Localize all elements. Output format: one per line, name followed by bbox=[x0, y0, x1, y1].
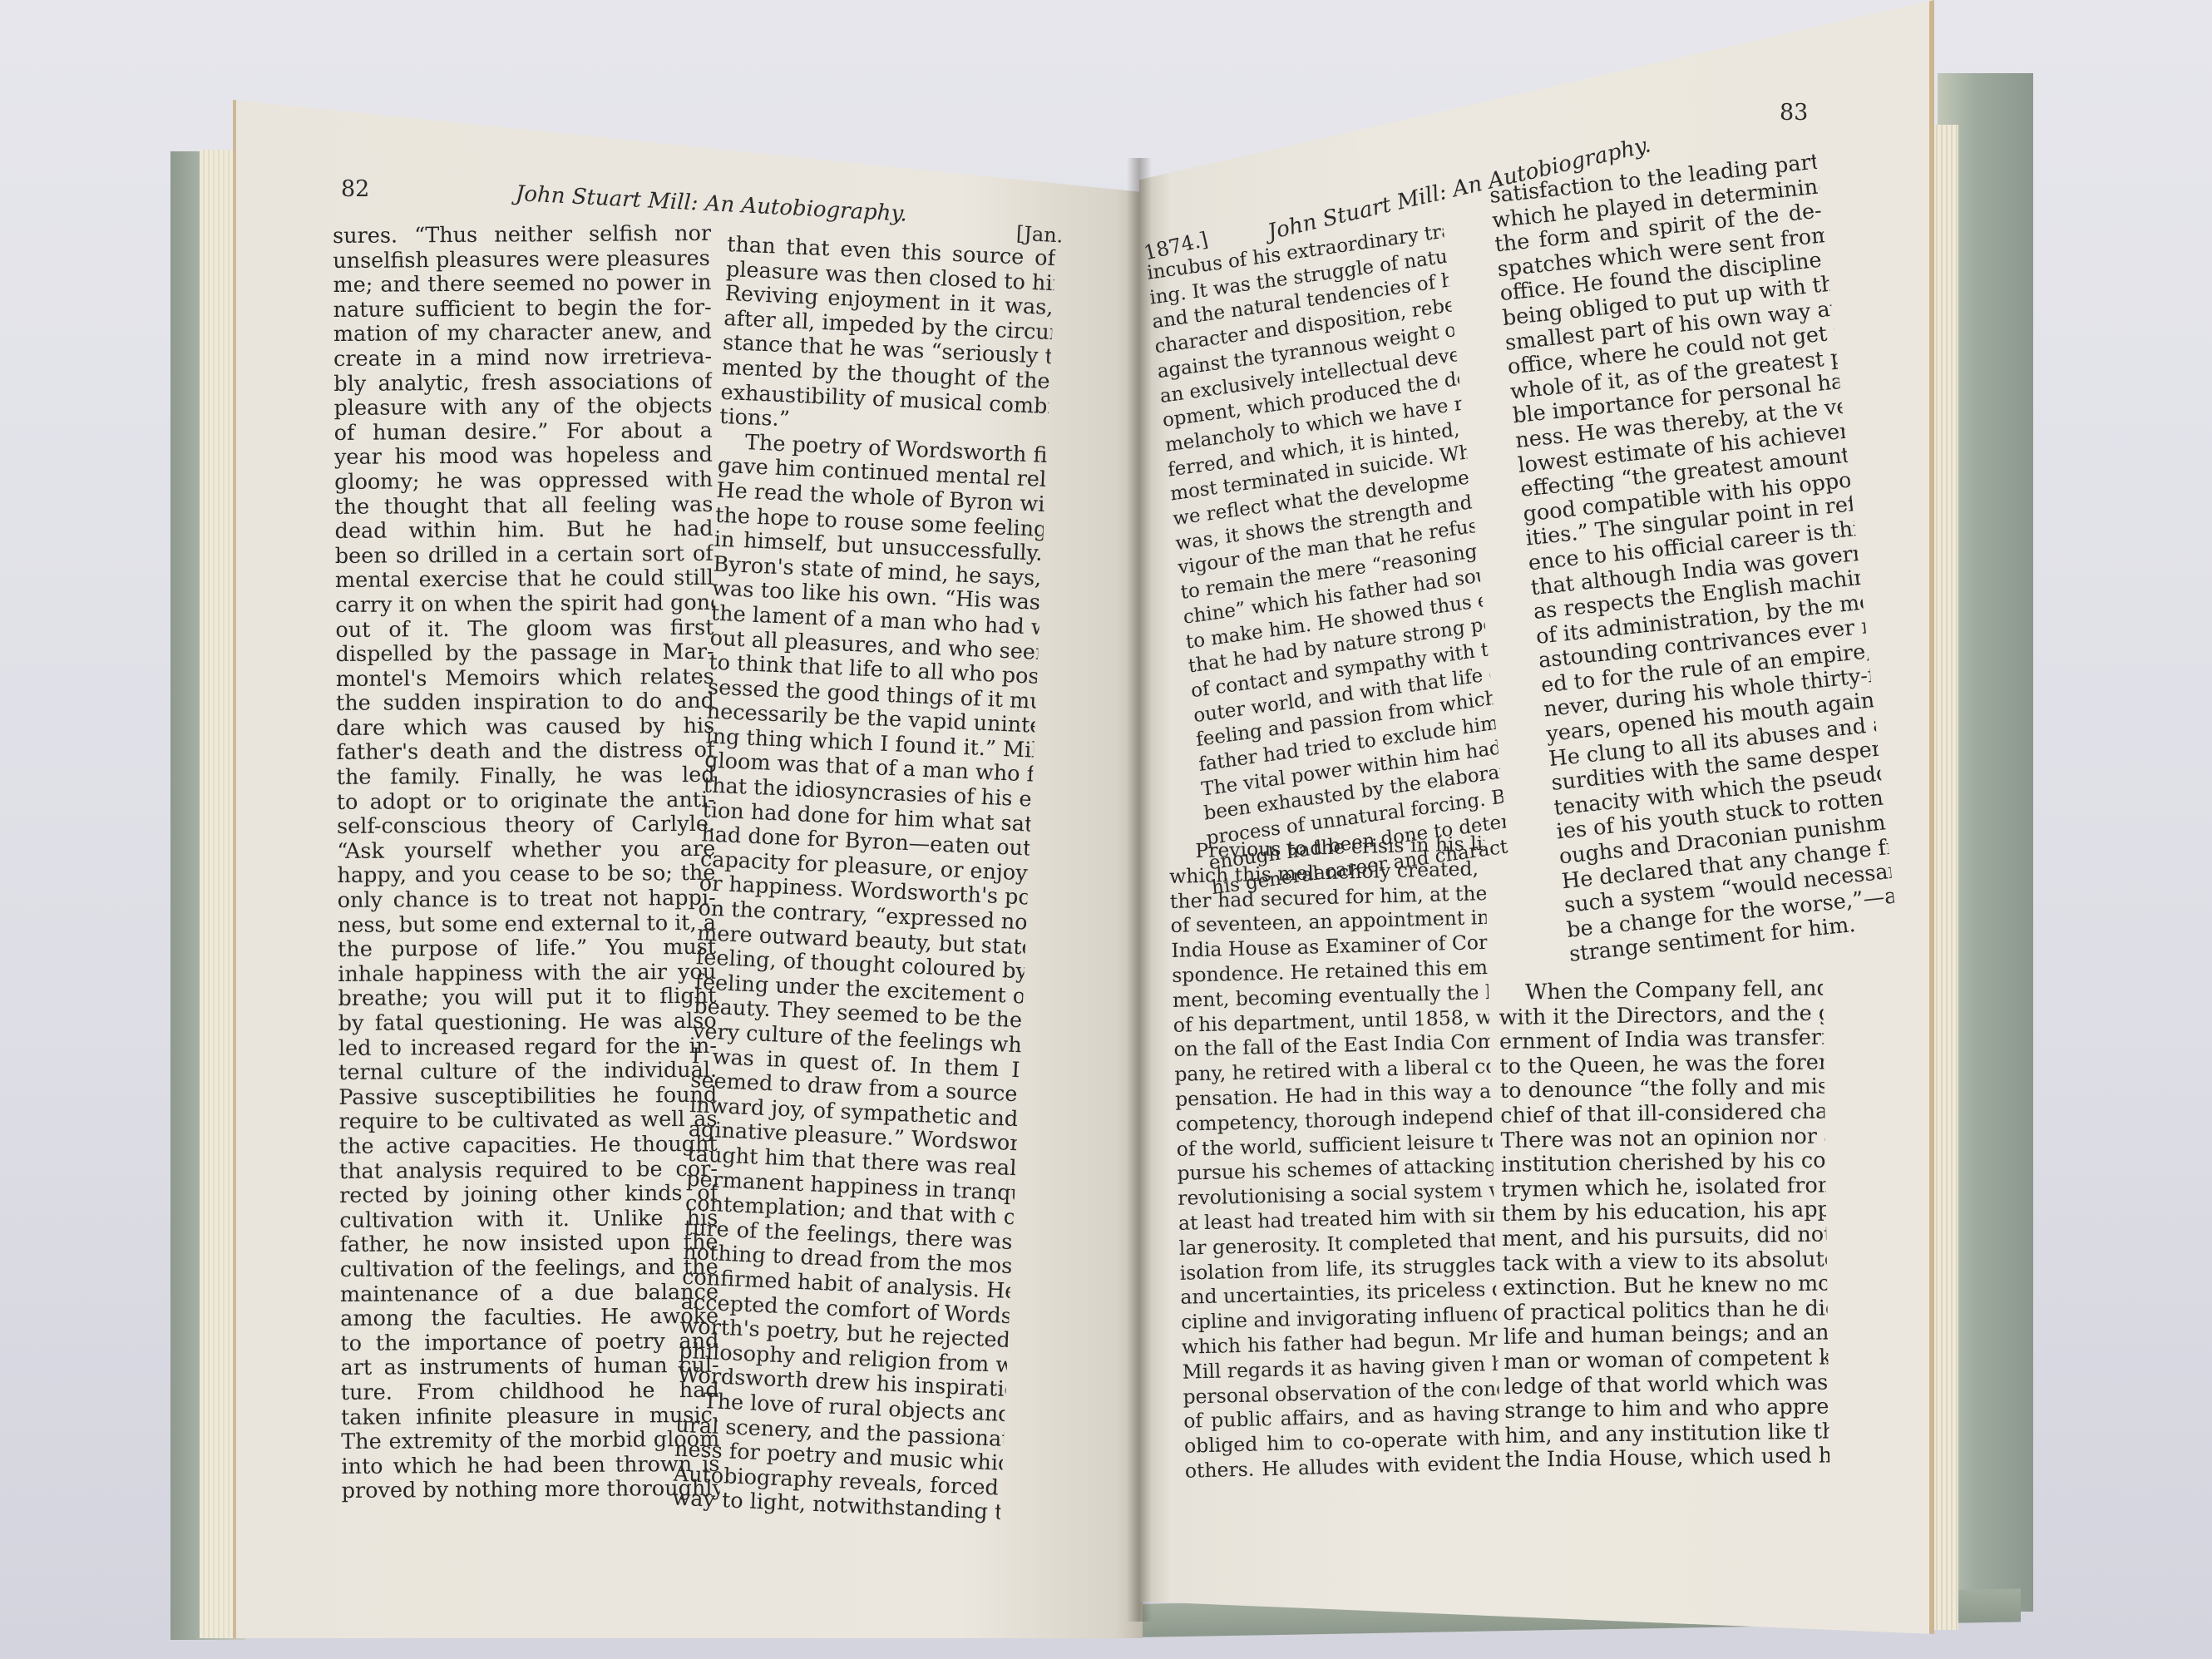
text-line: pleasure with any of the objects bbox=[333, 394, 712, 422]
text-line: ness, but some end external to it, as bbox=[338, 911, 716, 938]
text-line: montel's Memoirs which relates bbox=[336, 664, 714, 692]
text-line: out of it. The gloom was first bbox=[335, 615, 713, 643]
text-line: gloomy; he was oppressed with bbox=[334, 468, 713, 496]
text-line: dispelled by the passage in Mar- bbox=[336, 640, 714, 668]
text-line: ternal culture of the individual. bbox=[338, 1059, 717, 1086]
text-line: that analysis required to be cor- bbox=[339, 1157, 718, 1184]
text-line: the thought that all feeling was bbox=[334, 492, 713, 520]
text-line: dead within him. But he had bbox=[334, 517, 713, 545]
text-line: nature sufficient to begin the for- bbox=[333, 296, 712, 323]
text-line: ture. From childhood he had bbox=[341, 1379, 719, 1406]
right-page-number: 83 bbox=[1780, 100, 1808, 126]
text-line: happy, and you cease to be so; the bbox=[337, 862, 715, 889]
text-line: the India House, which used him bbox=[1505, 1444, 1829, 1474]
text-line: been so drilled in a certain sort of bbox=[335, 542, 713, 570]
text-line: require to be cultivated as well as bbox=[338, 1108, 717, 1135]
text-line: dare which was caused by his bbox=[336, 714, 714, 742]
text-line: taken infinite pleasure in music. bbox=[341, 1403, 719, 1430]
text-line: sures. “Thus neither selfish nor bbox=[333, 222, 711, 249]
text-line: only chance is to treat not happi- bbox=[338, 886, 716, 914]
right-page-column-2-bottom: When the Company fell, andwith it the Di… bbox=[1499, 977, 1829, 1474]
text-line: among the faculties. He awoke bbox=[340, 1305, 718, 1332]
text-line: to the importance of poetry and bbox=[340, 1330, 718, 1357]
text-line: into which he had been thrown is bbox=[341, 1452, 719, 1479]
text-line: inhale happiness with the air you bbox=[338, 960, 716, 988]
text-line: cultivation of the feelings, and the bbox=[340, 1256, 718, 1283]
left-page-column-2: than that even this source ofpleasure wa… bbox=[672, 233, 1056, 1526]
text-line: the sudden inspiration to do and bbox=[336, 689, 714, 717]
right-page-column-1-bottom: Previous to the crisis in his lifewhich … bbox=[1168, 832, 1501, 1484]
text-line: carry it on when the spirit had gone bbox=[335, 591, 713, 619]
text-line: The extremity of the morbid gloom bbox=[341, 1428, 719, 1455]
text-line: rected by joining other kinds of bbox=[339, 1182, 718, 1209]
text-line: of human desire.” For about a bbox=[334, 419, 713, 447]
text-line: the family. Finally, he was led bbox=[337, 763, 715, 791]
text-line: father's death and the distress of bbox=[336, 738, 714, 766]
text-line: proved by nothing more thoroughly bbox=[342, 1477, 720, 1504]
text-line: breathe; you will put it to flight bbox=[338, 985, 716, 1012]
text-line: led to increased regard for the in- bbox=[338, 1034, 717, 1061]
book-gutter bbox=[1127, 158, 1152, 1622]
text-line: father, he now insisted upon the bbox=[339, 1231, 718, 1258]
text-line: art as instruments of human cul- bbox=[341, 1354, 719, 1381]
text-line: cultivation with it. Unlike his bbox=[339, 1207, 718, 1234]
text-line: “Ask yourself whether you are bbox=[337, 837, 715, 865]
text-line: the active capacities. He thought bbox=[339, 1133, 718, 1160]
text-line: unselfish pleasures were pleasures to bbox=[333, 246, 711, 274]
text-line: me; and there seemed no power in bbox=[333, 271, 711, 299]
left-page-column-1: sures. “Thus neither selfish norunselfis… bbox=[333, 222, 720, 1504]
text-line: Passive susceptibilities he found bbox=[338, 1084, 717, 1111]
text-line: to adopt or to originate the anti- bbox=[337, 788, 715, 815]
text-line: by fatal questioning. He was also bbox=[338, 1010, 717, 1037]
text-line: the purpose of life.” You must bbox=[338, 936, 716, 963]
text-line: year his mood was hopeless and bbox=[334, 443, 713, 471]
left-page-number: 82 bbox=[341, 176, 369, 202]
text-line: self-conscious theory of Carlyle. bbox=[337, 812, 715, 840]
text-line: mation of my character anew, and bbox=[333, 320, 712, 348]
text-line: create in a mind now irretrieva- bbox=[333, 345, 712, 373]
text-line: bly analytic, fresh associations of bbox=[333, 369, 712, 397]
left-date-head: [Jan. bbox=[1015, 222, 1064, 248]
text-line: maintenance of a due balance bbox=[340, 1280, 718, 1307]
text-line: mental exercise that he could still bbox=[335, 566, 713, 594]
